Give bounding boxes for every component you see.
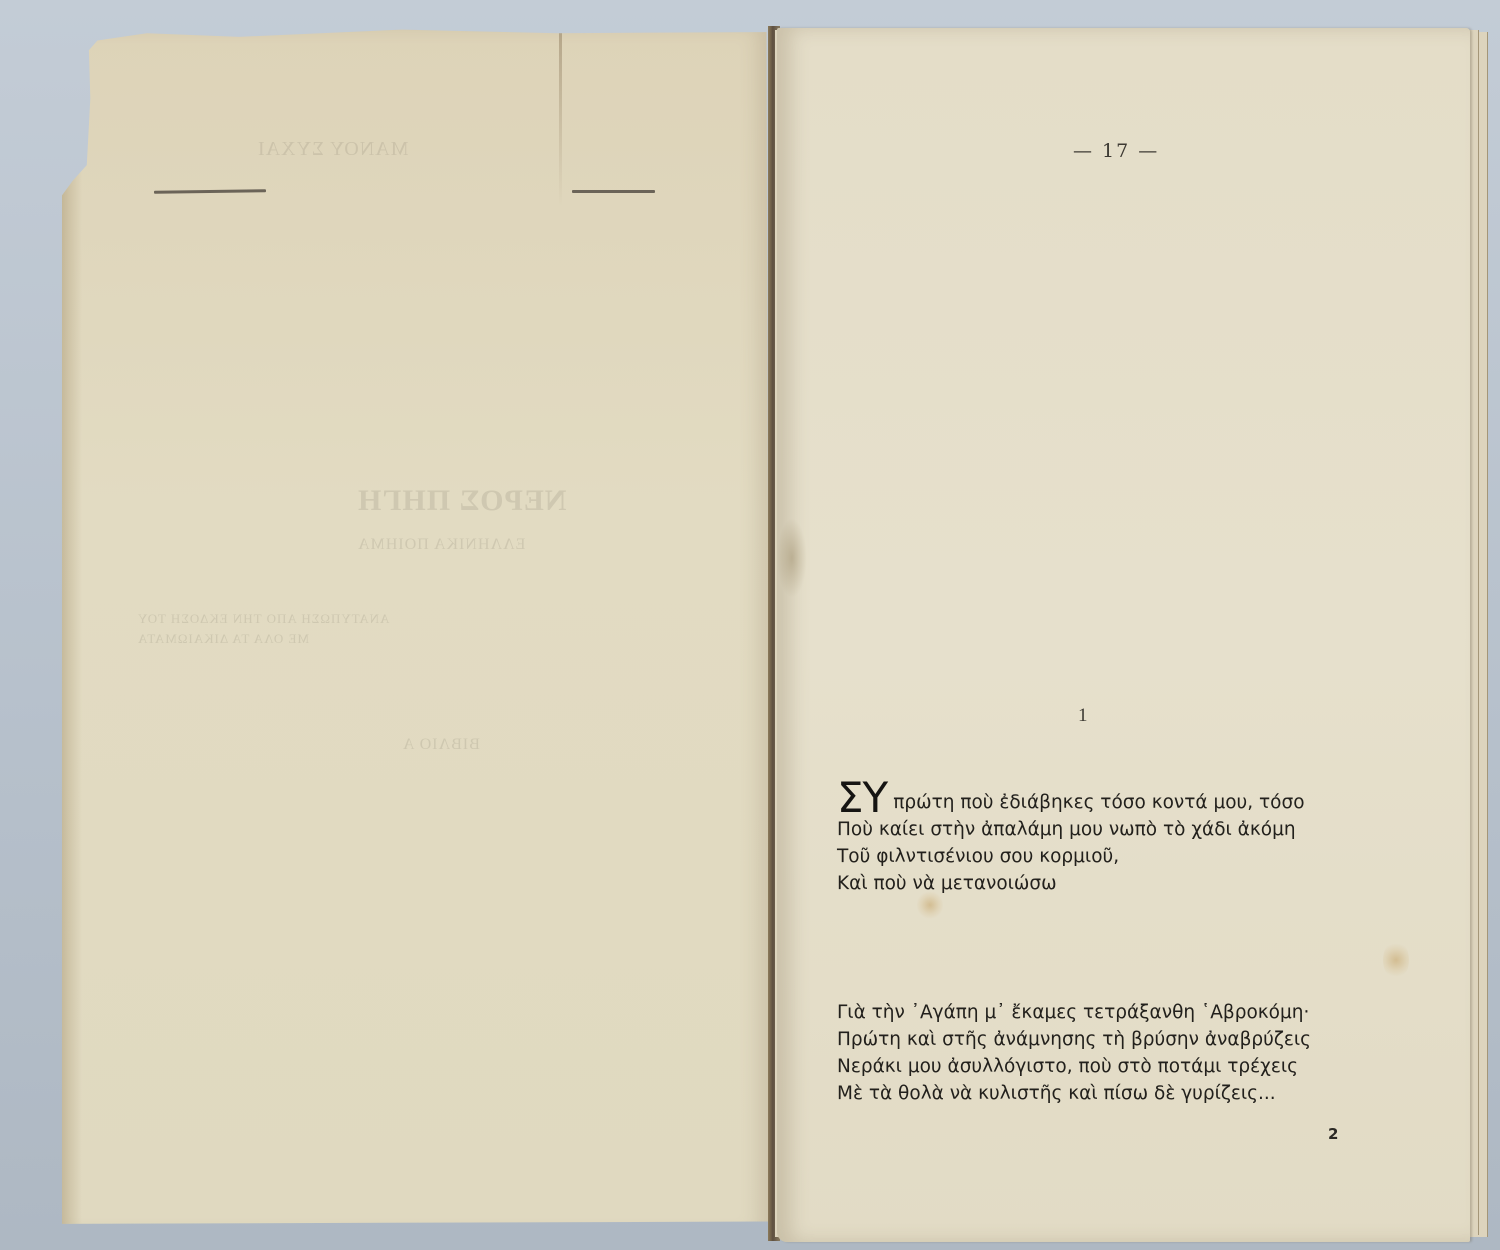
poem-line: Γιὰ τὴν ᾽Αγάπη μ᾽ ἔκαμες τετράξανθη ῾Αβρ… (837, 999, 1311, 1026)
poem-body: ΣΥπρώτη ποὺ ἐδιάβηκες τόσο κοντά μου, τό… (837, 783, 1305, 945)
poem-section-number: 1 (1078, 705, 1088, 727)
left-page: ΜΑΝΟΥ ΣΥΧΑΙ ΝΕΡΟΣ ΠΗΓΗ ΕΛΛΗΝΙΚΑ ΠΟΙΗΜΑ Α… (62, 26, 770, 1236)
page-edge-shadow (62, 26, 82, 1236)
show-through-text: ΜΕ ΟΛΑ ΤΑ ΔΙΚΑΙΩΜΑΤΑ (137, 631, 309, 647)
show-through-text: ΝΕΡΟΣ ΠΗΓΗ (357, 484, 567, 518)
drop-cap: ΣΥ (837, 773, 887, 822)
poem-line: Πρώτη καὶ στῆς ἀνάμνησης τὴ βρύσην ἀναβρ… (837, 1026, 1311, 1053)
poem-line: Τοῦ φιλντισένιου σου κορμιοῦ, (837, 843, 1305, 870)
right-page: — 17 — 1 ΣΥπρώτη ποὺ ἐδιάβηκες τόσο κοντ… (777, 28, 1470, 1242)
show-through-text: ΒΙΒΛΙΟ Α (402, 736, 480, 754)
binding-foxing (777, 518, 807, 598)
stanza-2: Γιὰ τὴν ᾽Αγάπη μ᾽ ἔκαμες τετράξανθη ῾Αβρ… (837, 999, 1311, 1107)
show-through-text: ΕΛΛΗΝΙΚΑ ΠΟΙΗΜΑ (357, 536, 525, 554)
stanza-1: ΣΥπρώτη ποὺ ἐδιάβηκες τόσο κοντά μου, τό… (837, 783, 1305, 897)
show-through-text: ΜΑΝΟΥ ΣΥΧΑΙ (257, 138, 408, 161)
signature-mark: 2 (1328, 1125, 1338, 1143)
poem-line: Μὲ τὰ θολὰ νὰ κυλιστῆς καὶ πίσω δὲ γυρίζ… (837, 1080, 1311, 1107)
printed-rule-left (154, 189, 266, 194)
poem-line: Καὶ ποὺ νὰ μετανοιώσω (837, 870, 1305, 897)
page-number: — 17 — (1073, 140, 1159, 162)
poem-line: Νεράκι μου ἀσυλλόγιστο, ποὺ στὸ ποτάμι τ… (837, 1053, 1311, 1080)
foxing-stain (1383, 940, 1409, 980)
paper-crease (559, 26, 562, 206)
poem-line: Ποὺ καίει στὴν ἀπαλάμη μου νωπὸ τὸ χάδι … (837, 816, 1305, 843)
printed-rule-right (572, 190, 655, 193)
poem-line-text: πρώτη ποὺ ἐδιάβηκες τόσο κοντά μου, τόσο (893, 792, 1304, 813)
poem-line: ΣΥπρώτη ποὺ ἐδιάβηκες τόσο κοντά μου, τό… (837, 783, 1305, 816)
show-through-text: ΑΝΑΤΥΠΩΣΗ ΑΠΟ ΤΗΝ ΕΚΔΟΣΗ ΤΟΥ (137, 611, 389, 627)
